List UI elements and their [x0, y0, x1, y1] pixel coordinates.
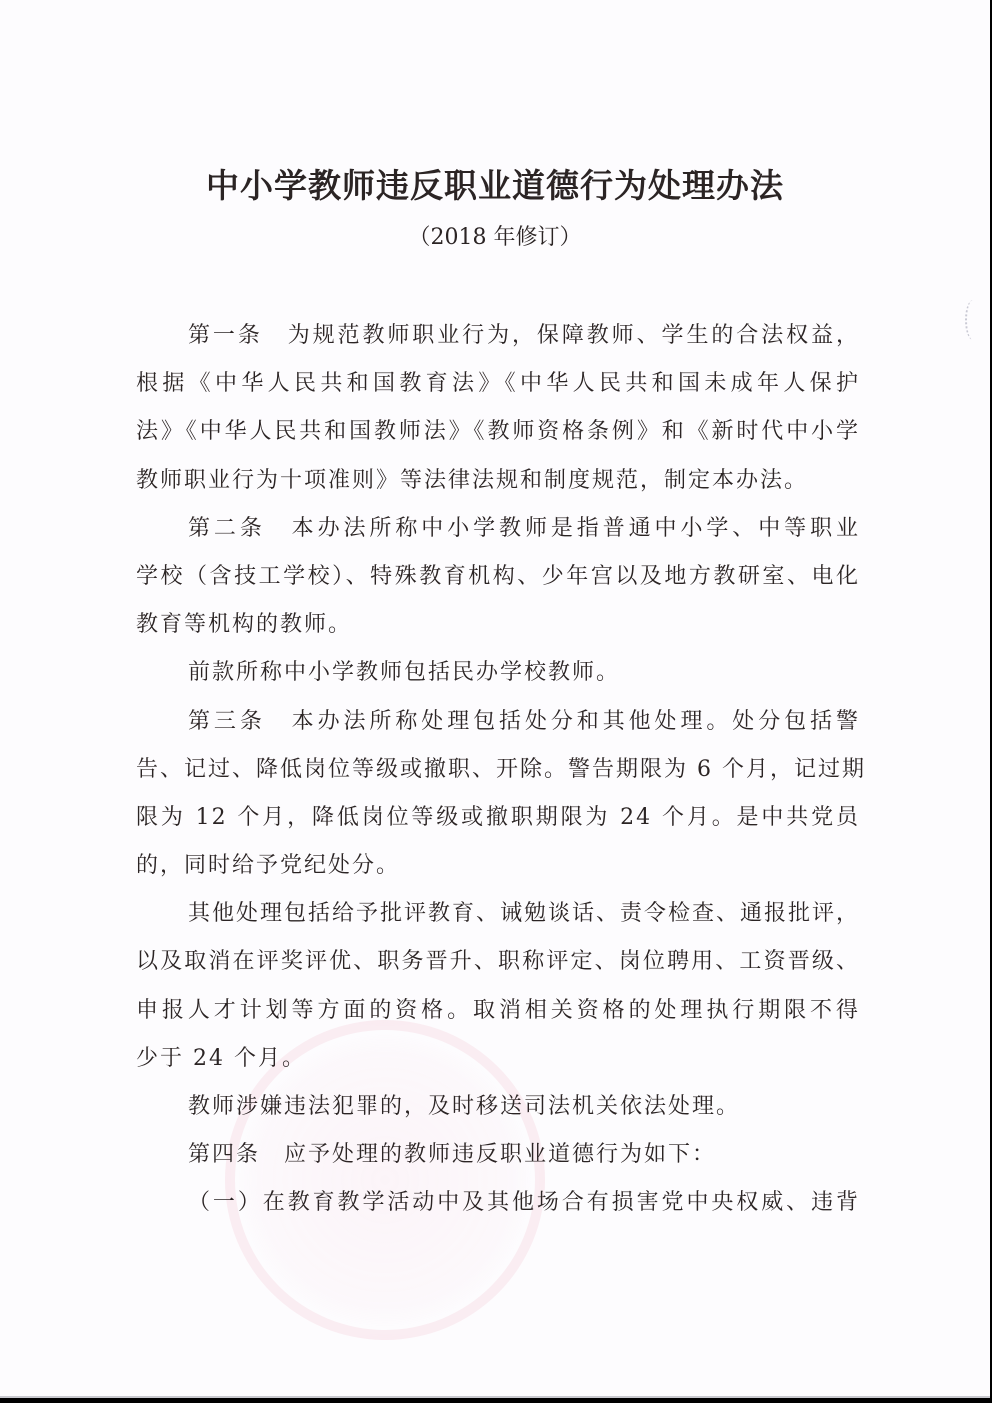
- document-body: 第一条 为规范教师职业行为，保障教师、学生的合法权益， 根据《中华人民共和国教育…: [136, 312, 860, 1228]
- text-line: 申报人才计划等方面的资格。取消相关资格的处理执行期限不得: [136, 987, 860, 1035]
- text-line: 根据《中华人民共和国教育法》《中华人民共和国未成年人保护: [136, 360, 860, 408]
- text-line: 教师涉嫌违法犯罪的，及时移送司法机关依法处理。: [136, 1083, 860, 1131]
- document-subtitle: （2018 年修订）: [0, 220, 990, 251]
- text-line: 教育等机构的教师。: [136, 601, 860, 649]
- text-line: 第一条 为规范教师职业行为，保障教师、学生的合法权益，: [136, 312, 860, 360]
- text-line: 少于 24 个月。: [136, 1035, 860, 1083]
- text-line: 教师职业行为十项准则》等法律法规和制度规范，制定本办法。: [136, 457, 860, 505]
- text-line: 第二条 本办法所称中小学教师是指普通中小学、中等职业: [136, 505, 860, 553]
- text-line: 第四条 应予处理的教师违反职业道德行为如下：: [136, 1131, 860, 1179]
- text-line: 以及取消在评奖评优、职务晋升、职称评定、岗位聘用、工资晋级、: [136, 938, 860, 986]
- text-line: （一）在教育教学活动中及其他场合有损害党中央权威、违背: [136, 1179, 860, 1227]
- text-line: 告、记过、降低岗位等级或撤职、开除。警告期限为 6 个月，记过期: [136, 746, 860, 794]
- document-title: 中小学教师违反职业道德行为处理办法: [0, 160, 990, 207]
- text-line: 限为 12 个月，降低岗位等级或撤职期限为 24 个月。是中共党员: [136, 794, 860, 842]
- text-line: 第三条 本办法所称处理包括处分和其他处理。处分包括警: [136, 698, 860, 746]
- text-line: 学校（含技工学校）、特殊教育机构、少年宫以及地方教研室、电化: [136, 553, 860, 601]
- text-line: 前款所称中小学教师包括民办学校教师。: [136, 649, 860, 697]
- text-line: 其他处理包括给予批评教育、诫勉谈话、责令检查、通报批评，: [136, 890, 860, 938]
- text-line: 法》《中华人民共和国教师法》《教师资格条例》和《新时代中小学: [136, 408, 860, 456]
- text-line: 的，同时给予党纪处分。: [136, 842, 860, 890]
- binding-hole-mark: [965, 300, 981, 340]
- scanned-page: 中小学教师违反职业道德行为处理办法 （2018 年修订） 第一条 为规范教师职业…: [0, 0, 990, 1398]
